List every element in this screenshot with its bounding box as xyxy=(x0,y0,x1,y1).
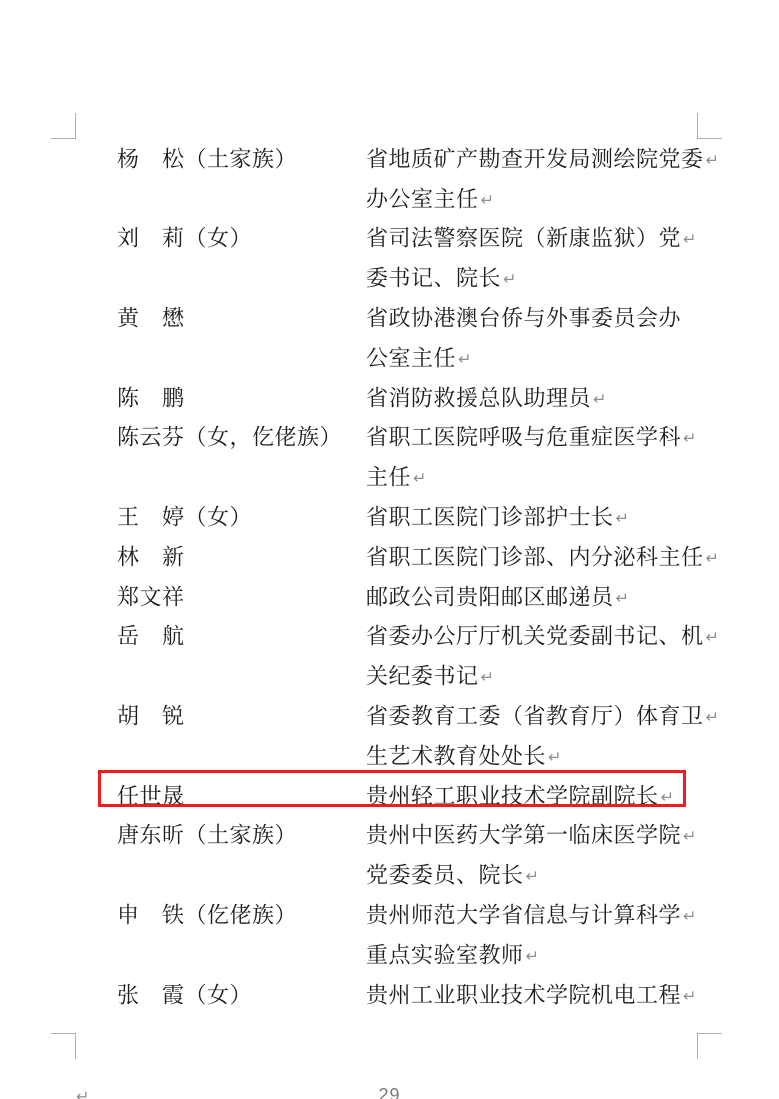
roster-row: 委书记、院长↵ xyxy=(0,257,779,297)
paragraph-mark-icon: ↵ xyxy=(661,789,674,806)
person-name: 陈 鹏 xyxy=(117,381,185,412)
paragraph-mark-icon: ↵ xyxy=(706,710,719,727)
roster-row: 唐东昕（土家族） 贵州中医药大学第一临床医学院↵ xyxy=(0,815,779,855)
paragraph-mark-icon: ↵ xyxy=(616,511,629,528)
roster-row: 郑文祥 邮政公司贵阳邮区邮递员↵ xyxy=(0,576,779,616)
roster-row: 办公室主任↵ xyxy=(0,178,779,218)
roster-row: 杨 松（土家族） 省地质矿产勘查开发局测绘院党委↵ xyxy=(0,138,779,178)
roster-row: 陈云芬（女，仡佬族） 省职工医院呼吸与危重症医学科↵ xyxy=(0,417,779,457)
paragraph-mark-icon: ↵ xyxy=(683,431,696,448)
roster-row: 主任↵ xyxy=(0,456,779,496)
person-name: 张 霞（女） xyxy=(117,978,252,1009)
paragraph-mark-icon: ↵ xyxy=(616,590,629,607)
person-name: 杨 松（土家族） xyxy=(117,142,297,173)
paragraph-mark-icon: ↵ xyxy=(706,550,719,567)
roster-row: 陈 鹏 省消防救援总队助理员↵ xyxy=(0,377,779,417)
roster-row: 关纪委书记↵ xyxy=(0,655,779,695)
paragraph-mark-icon: ↵ xyxy=(683,988,696,1005)
position-line: 省职工医院门诊部、内分泌科主任 xyxy=(366,544,704,569)
position-line: 省消防救援总队助理员 xyxy=(366,385,591,410)
position-line-wrap: 主任↵ xyxy=(366,461,426,492)
roster-row: 林 新 省职工医院门诊部、内分泌科主任↵ xyxy=(0,536,779,576)
paragraph-mark-icon: ↵ xyxy=(503,272,516,289)
position-line-wrap: 省职工医院呼吸与危重症医学科↵ xyxy=(366,421,696,452)
position-line-wrap: 省职工医院门诊部、内分泌科主任↵ xyxy=(366,540,719,571)
roster-row: 生艺术教育处处长↵ xyxy=(0,735,779,775)
position-line-wrap: 贵州师范大学省信息与计算科学↵ xyxy=(366,899,696,930)
position-line-wrap: 邮政公司贵阳邮区邮递员↵ xyxy=(366,580,629,611)
crop-mark-top-right-icon xyxy=(697,113,722,139)
position-line: 省司法警察医院（新康监狱）党 xyxy=(366,226,681,251)
person-name: 唐东昕（土家族） xyxy=(117,819,297,850)
roster-row: 刘 莉（女） 省司法警察医院（新康监狱）党↵ xyxy=(0,218,779,258)
paragraph-mark-icon: ↵ xyxy=(481,192,494,209)
roster-row: 岳 航 省委办公厅厅机关党委副书记、机↵ xyxy=(0,616,779,656)
position-line-wrap: 公室主任↵ xyxy=(366,341,471,372)
paragraph-mark-icon: ↵ xyxy=(526,948,539,965)
position-line: 公室主任 xyxy=(366,345,456,370)
position-line-wrap: 委书记、院长↵ xyxy=(366,262,516,293)
position-line: 省职工医院门诊部护士长 xyxy=(366,505,614,530)
position-line: 贵州中医药大学第一临床医学院 xyxy=(366,823,681,848)
position-line-wrap: 省地质矿产勘查开发局测绘院党委↵ xyxy=(366,142,719,173)
position-line: 生艺术教育处处长 xyxy=(366,743,546,768)
position-line: 关纪委书记 xyxy=(366,664,479,689)
crop-mark-top-left-icon xyxy=(51,113,76,139)
position-line: 省委办公厅厅机关党委副书记、机 xyxy=(366,624,704,649)
paragraph-mark-icon: ↵ xyxy=(526,869,539,886)
position-line-wrap: 贵州轻工职业技术学院副院长↵ xyxy=(366,779,674,810)
person-name: 黄 懋 xyxy=(117,302,185,333)
position-line: 贵州工业职业技术学院机电工程 xyxy=(366,982,681,1007)
roster-row: 张 霞（女） 贵州工业职业技术学院机电工程↵ xyxy=(0,974,779,1014)
position-line-wrap: 办公室主任↵ xyxy=(366,182,494,213)
paragraph-mark-icon: ↵ xyxy=(458,351,471,368)
position-line: 委书记、院长 xyxy=(366,266,501,291)
person-name: 郑文祥 xyxy=(117,580,185,611)
position-line: 省职工医院呼吸与危重症医学科 xyxy=(366,425,681,450)
position-line: 邮政公司贵阳邮区邮递员 xyxy=(366,584,614,609)
person-name: 任世晟 xyxy=(117,779,185,810)
paragraph-mark-icon: ↵ xyxy=(683,232,696,249)
position-line: 主任 xyxy=(366,465,411,490)
position-line-wrap: 关纪委书记↵ xyxy=(366,660,494,691)
paragraph-mark-icon: ↵ xyxy=(413,471,426,488)
position-line-wrap: 省政协港澳台侨与外事委员会办 xyxy=(366,302,681,333)
roster-list: 杨 松（土家族） 省地质矿产勘查开发局测绘院党委↵ 办公室主任↵ 刘 莉（女） … xyxy=(0,138,779,1014)
paragraph-mark-icon: ↵ xyxy=(706,152,719,169)
position-line: 重点实验室教师 xyxy=(366,942,524,967)
position-line-wrap: 党委委员、院长↵ xyxy=(366,859,539,890)
page-number: 29 xyxy=(0,1085,779,1099)
position-line: 省委教育工委（省教育厅）体育卫 xyxy=(366,704,704,729)
position-line: 办公室主任 xyxy=(366,186,479,211)
position-line-wrap: 重点实验室教师↵ xyxy=(366,938,539,969)
position-line: 省政协港澳台侨与外事委员会办 xyxy=(366,306,681,331)
person-name: 胡 锐 xyxy=(117,700,185,731)
position-line-wrap: 省委教育工委（省教育厅）体育卫↵ xyxy=(366,700,719,731)
paragraph-mark-icon: ↵ xyxy=(706,630,719,647)
position-line-wrap: 省消防救援总队助理员↵ xyxy=(366,381,606,412)
person-name: 陈云芬（女，仡佬族） xyxy=(117,421,342,452)
person-name: 岳 航 xyxy=(117,620,185,651)
position-line-wrap: 贵州工业职业技术学院机电工程↵ xyxy=(366,978,696,1009)
roster-row: 胡 锐 省委教育工委（省教育厅）体育卫↵ xyxy=(0,695,779,735)
person-name: 申 铁（仡佬族） xyxy=(117,899,297,930)
position-line-wrap: 省委办公厅厅机关党委副书记、机↵ xyxy=(366,620,719,651)
roster-row: 党委委员、院长↵ xyxy=(0,854,779,894)
roster-row: 王 婷（女） 省职工医院门诊部护士长↵ xyxy=(0,496,779,536)
roster-row: 黄 懋 省政协港澳台侨与外事委员会办 xyxy=(0,297,779,337)
position-line-wrap: 省职工医院门诊部护士长↵ xyxy=(366,501,629,532)
paragraph-mark-icon: ↵ xyxy=(548,749,561,766)
position-line-wrap: 生艺术教育处处长↵ xyxy=(366,739,561,770)
position-line-wrap: 贵州中医药大学第一临床医学院↵ xyxy=(366,819,696,850)
paragraph-mark-icon: ↵ xyxy=(481,670,494,687)
person-name: 刘 莉（女） xyxy=(117,222,252,253)
paragraph-mark-icon: ↵ xyxy=(593,391,606,408)
roster-row: 申 铁（仡佬族） 贵州师范大学省信息与计算科学↵ xyxy=(0,894,779,934)
position-line: 省地质矿产勘查开发局测绘院党委 xyxy=(366,146,704,171)
roster-row: 重点实验室教师↵ xyxy=(0,934,779,974)
roster-row: 任世晟 贵州轻工职业技术学院副院长↵ xyxy=(0,775,779,815)
crop-mark-bottom-right-icon xyxy=(697,1033,722,1059)
position-line: 贵州师范大学省信息与计算科学 xyxy=(366,903,681,928)
position-line: 党委委员、院长 xyxy=(366,863,524,888)
crop-mark-bottom-left-icon xyxy=(51,1033,76,1059)
position-line-wrap: 省司法警察医院（新康监狱）党↵ xyxy=(366,222,696,253)
document-page: 杨 松（土家族） 省地质矿产勘查开发局测绘院党委↵ 办公室主任↵ 刘 莉（女） … xyxy=(0,0,779,1099)
roster-row: 公室主任↵ xyxy=(0,337,779,377)
paragraph-mark-icon: ↵ xyxy=(683,829,696,846)
person-name: 林 新 xyxy=(117,540,185,571)
position-line: 贵州轻工职业技术学院副院长 xyxy=(366,783,659,808)
paragraph-mark-icon: ↵ xyxy=(683,909,696,926)
person-name: 王 婷（女） xyxy=(117,501,252,532)
